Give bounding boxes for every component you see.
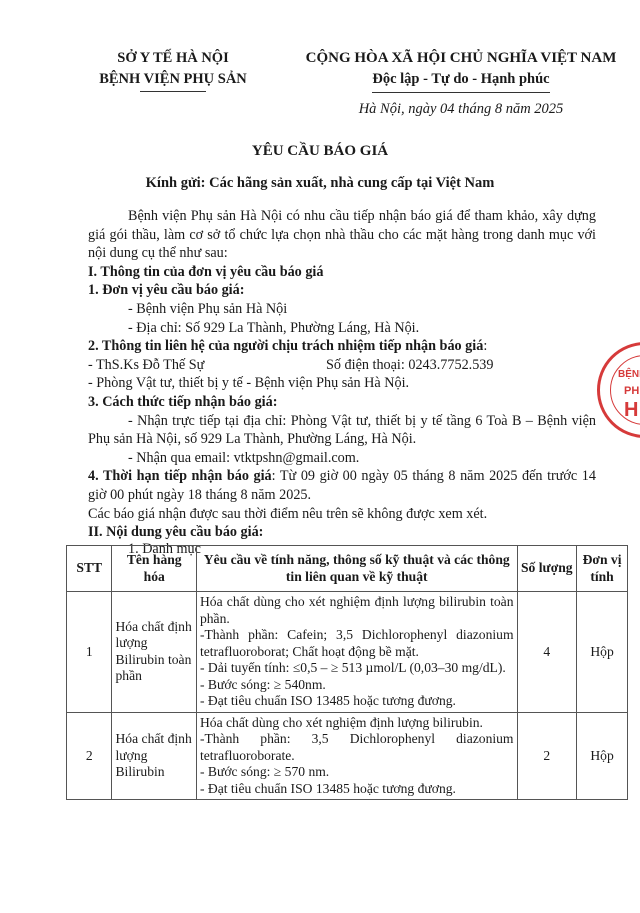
spec-line: - Bước sóng: ≥ 570 nm. (200, 764, 514, 781)
table-header-row: STT Tên hàng hóa Yêu cầu về tính năng, t… (67, 546, 628, 592)
stamp-text-top: BỆNH (618, 369, 640, 380)
deadline-paragraph: 4. Thời hạn tiếp nhận báo giá: Từ 09 giờ… (88, 467, 596, 504)
sub3-heading: 3. Cách thức tiếp nhận báo giá: (88, 393, 596, 412)
sub2-colon: : (483, 338, 487, 354)
national-header: CỘNG HÒA XÃ HỘI CHỦ NGHĨA VIỆT NAM Độc l… (296, 48, 626, 93)
row-item-name: Hóa chất định lượng Bilirubin toàn phần (112, 592, 196, 713)
row-unit: Hộp (577, 712, 628, 800)
nation-title: CỘNG HÒA XÃ HỘI CHỦ NGHĨA VIỆT NAM (296, 48, 626, 69)
email-submission: - Nhận qua email: vtktpshn@gmail.com. (88, 449, 596, 468)
spec-line: - Dải tuyến tính: ≤0,5 – ≥ 513 µmol/L (0… (200, 660, 514, 677)
col-unit: Đơn vị tính (577, 546, 628, 592)
nation-motto: Độc lập - Tự do - Hạnh phúc (296, 69, 626, 90)
hospital-name: BỆNH VIỆN PHỤ SẢN (88, 69, 258, 90)
row-unit: Hộp (577, 592, 628, 713)
spec-line: - Đạt tiêu chuẩn ISO 13485 hoặc tương đư… (200, 693, 514, 710)
spec-line: -Thành phần: 3,5 Dichlorophenyl diazoniu… (200, 731, 514, 764)
contact-name: - ThS.Ks Đỗ Thế Sự (88, 357, 204, 373)
items-table: STT Tên hàng hóa Yêu cầu về tính năng, t… (66, 545, 628, 800)
col-specification: Yêu cầu về tính năng, thông số kỹ thuật … (196, 546, 517, 592)
direct-submission: - Nhận trực tiếp tại địa chỉ: Phòng Vật … (88, 412, 596, 449)
document-body: Bệnh viện Phụ sản Hà Nội có nhu cầu tiếp… (88, 207, 596, 558)
requester-address: - Địa chỉ: Số 929 La Thành, Phường Láng,… (88, 319, 596, 338)
row-stt: 2 (67, 712, 112, 800)
late-note: Các báo giá nhận được sau thời điểm nêu … (88, 505, 596, 524)
row-quantity: 2 (517, 712, 577, 800)
official-stamp-icon: BỆNH PH H (597, 342, 640, 438)
stamp-text-bot: H (624, 399, 638, 422)
table-row: 1 Hóa chất định lượng Bilirubin toàn phầ… (67, 592, 628, 713)
department-name: SỞ Y TẾ HÀ NỘI (88, 48, 258, 69)
intro-paragraph: Bệnh viện Phụ sản Hà Nội có nhu cầu tiếp… (88, 207, 596, 263)
col-item-name: Tên hàng hóa (112, 546, 196, 592)
document-title: YÊU CẦU BÁO GIÁ (0, 143, 640, 160)
motto-underline (372, 92, 550, 93)
section1-heading: I. Thông tin của đơn vị yêu cầu báo giá (88, 263, 596, 282)
row-specification: Hóa chất dùng cho xét nghiệm định lượng … (196, 592, 517, 713)
stamp-text-mid: PH (624, 385, 639, 397)
spec-line: - Bước sóng: ≥ 540nm. (200, 677, 514, 694)
contact-phone: Số điện thoại: 0243.7752.539 (326, 356, 494, 375)
spec-line: - Đạt tiêu chuẩn ISO 13485 hoặc tương đư… (200, 781, 514, 798)
spec-line: Hóa chất dùng cho xét nghiệm định lượng … (200, 594, 514, 627)
col-quantity: Số lượng (517, 546, 577, 592)
table-row: 2 Hóa chất định lượng Bilirubin Hóa chất… (67, 712, 628, 800)
sub4-heading: 4. Thời hạn tiếp nhận báo giá (88, 468, 272, 484)
sub1-heading: 1. Đơn vị yêu cầu báo giá: (88, 281, 596, 300)
sub2-heading-line: 2. Thông tin liên hệ của người chịu trác… (88, 337, 596, 356)
issuing-organization: SỞ Y TẾ HÀ NỘI BỆNH VIỆN PHỤ SẢN (88, 48, 258, 92)
sub2-heading: 2. Thông tin liên hệ của người chịu trác… (88, 338, 483, 354)
spec-line: Hóa chất dùng cho xét nghiệm định lượng … (200, 715, 514, 732)
requester-name: - Bệnh viện Phụ sản Hà Nội (88, 300, 596, 319)
col-stt: STT (67, 546, 112, 592)
row-quantity: 4 (517, 592, 577, 713)
row-specification: Hóa chất dùng cho xét nghiệm định lượng … (196, 712, 517, 800)
row-stt: 1 (67, 592, 112, 713)
contact-department: - Phòng Vật tư, thiết bị y tế - Bệnh việ… (88, 374, 596, 393)
header-underline (140, 91, 206, 92)
salutation: Kính gửi: Các hãng sản xuất, nhà cung cấ… (0, 175, 640, 192)
document-date: Hà Nội, ngày 04 tháng 8 năm 2025 (296, 101, 626, 118)
row-item-name: Hóa chất định lượng Bilirubin (112, 712, 196, 800)
spec-line: -Thành phần: Cafein; 3,5 Dichlorophenyl … (200, 627, 514, 660)
contact-line: - ThS.Ks Đỗ Thế Sự Số điện thoại: 0243.7… (88, 356, 596, 375)
